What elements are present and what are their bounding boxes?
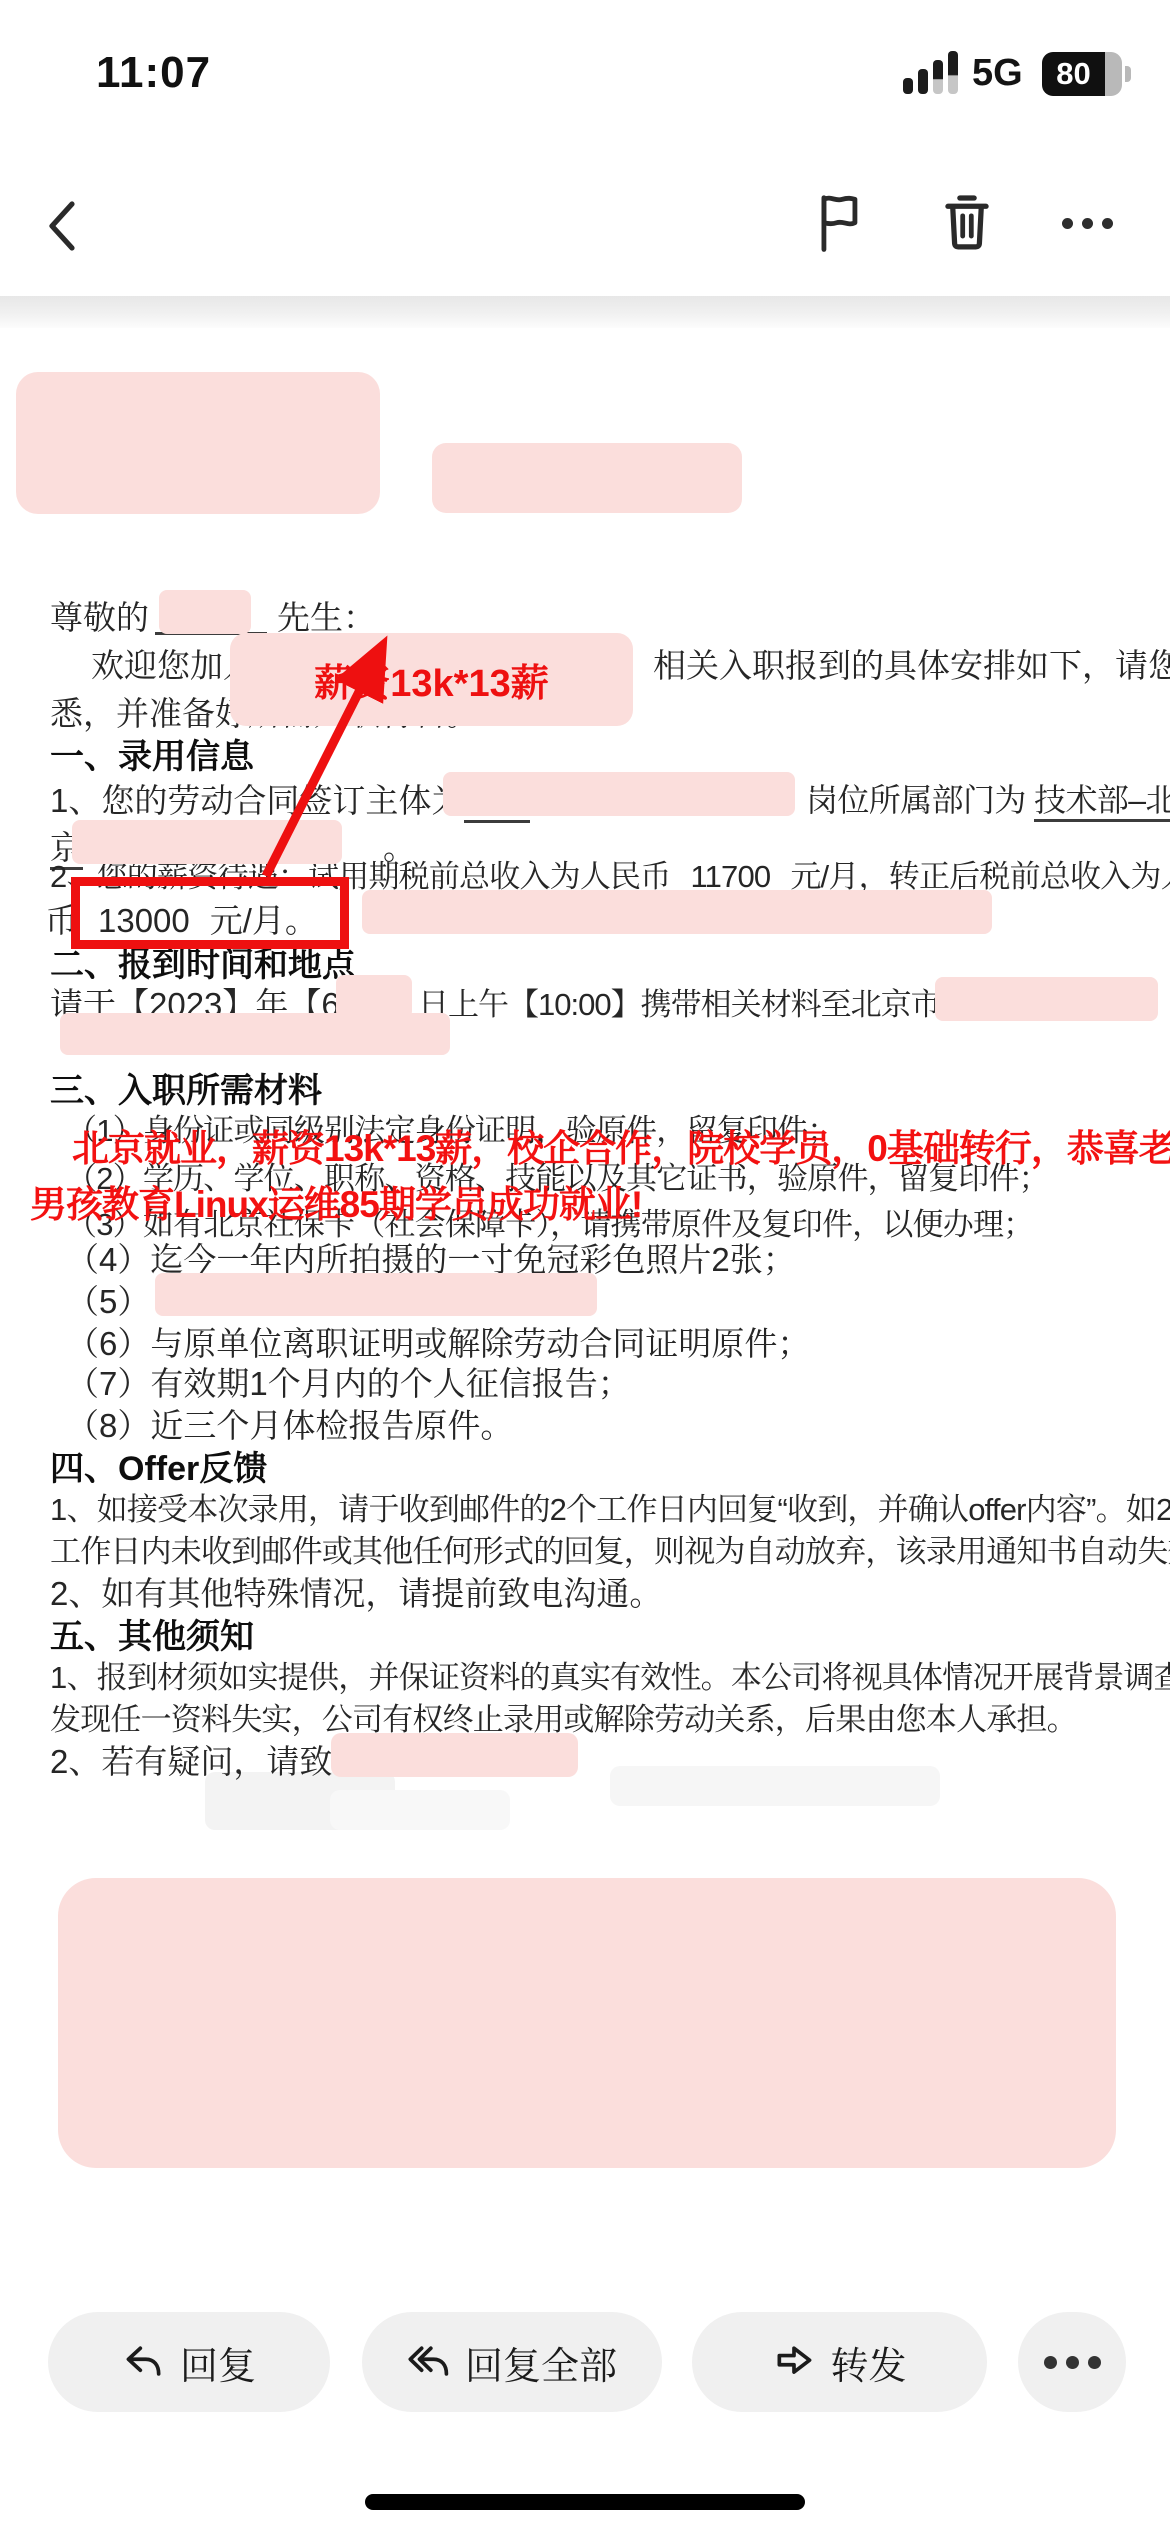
reply-all-icon xyxy=(407,2340,451,2384)
flag-icon[interactable] xyxy=(812,192,868,259)
reply-all-button[interactable]: 回复全部 xyxy=(362,2312,662,2412)
material-item-7: （7）有效期1个月内的个人征信报告； xyxy=(66,1358,631,1405)
mail-detail-screen: 11:07 5G 80 尊敬的先生： xyxy=(0,0,1170,2532)
back-button[interactable] xyxy=(42,198,82,259)
cellular-signal-icon xyxy=(903,50,958,94)
redaction-sender-logo xyxy=(16,372,380,514)
sec1-line1-right: 岗位所属部门为 技术部–北 xyxy=(806,775,1170,821)
forward-icon xyxy=(772,2340,816,2384)
redaction-material-5 xyxy=(155,1273,597,1316)
material-item-5: （5） xyxy=(66,1276,150,1323)
redaction-address-2 xyxy=(60,1013,450,1055)
reply-icon xyxy=(122,2340,166,2384)
battery-nub xyxy=(1125,66,1131,82)
redaction-address-1 xyxy=(935,977,1158,1021)
sec5-line1: 1、报到材须如实提供，并保证资料的真实有效性。本公司将视具体情况开展背景调查，如 xyxy=(50,1652,1170,1697)
battery-icon: 80 xyxy=(1042,52,1122,96)
seal-ghost xyxy=(610,1766,940,1806)
intro-right: 相关入职报到的具体安排如下，请您知 xyxy=(653,640,1170,687)
redaction-subject xyxy=(432,443,742,513)
redaction-footer-block xyxy=(58,1878,1116,2168)
material-item-8: （8）近三个月体检报告原件。 xyxy=(66,1400,513,1447)
redaction-salary-rest xyxy=(362,890,992,934)
home-indicator[interactable] xyxy=(365,2494,805,2510)
header-separator xyxy=(0,296,1170,328)
department-name: 技术部–北 xyxy=(1034,782,1170,822)
reply-all-label: 回复全部 xyxy=(465,2335,617,2390)
reply-button[interactable]: 回复 xyxy=(48,2312,330,2412)
sec4-line3: 2、如有其他特殊情况，请提前致电沟通。 xyxy=(50,1568,662,1615)
section1-title: 一、录用信息 xyxy=(50,729,254,778)
reply-label: 回复 xyxy=(180,2335,256,2390)
battery-percent: 80 xyxy=(1042,52,1105,96)
forward-label: 转发 xyxy=(830,2335,906,2390)
salutation-prefix: 尊敬的 xyxy=(50,599,149,636)
annotation-line-2: 男孩教育Linux运维85期学员成功就业! xyxy=(30,1174,642,1228)
sec4-line1: 1、如接受本次录用，请于收到邮件的2个工作日内回复“收到，并确认offer内容”… xyxy=(50,1484,1170,1529)
network-type-label: 5G xyxy=(972,52,1023,95)
annotation-line-1: 北京就业，薪资13k*13薪，校企合作，院校学员，0基础转行，恭喜老 xyxy=(72,1118,1170,1172)
trash-icon[interactable] xyxy=(938,192,996,259)
forward-button[interactable]: 转发 xyxy=(692,2312,987,2412)
status-time: 11:07 xyxy=(96,48,211,98)
sec4-line2: 工作日内未收到邮件或其他任何形式的回复，则视为自动放弃，该录用通知书自动失效。 xyxy=(50,1526,1170,1571)
more-actions-button[interactable] xyxy=(1018,2312,1126,2412)
section4-title: 四、Offer反馈 xyxy=(50,1441,267,1490)
signature-ghost-2 xyxy=(330,1790,510,1830)
annotation-arrow-icon xyxy=(225,626,395,892)
more-options-icon[interactable] xyxy=(1062,218,1113,229)
redaction-company-name xyxy=(443,772,795,816)
redaction-phone xyxy=(331,1733,578,1777)
section5-title: 五、其他须知 xyxy=(50,1609,254,1658)
report-date-right: 日上午【10:00】携带相关材料至北京市 xyxy=(418,979,941,1024)
